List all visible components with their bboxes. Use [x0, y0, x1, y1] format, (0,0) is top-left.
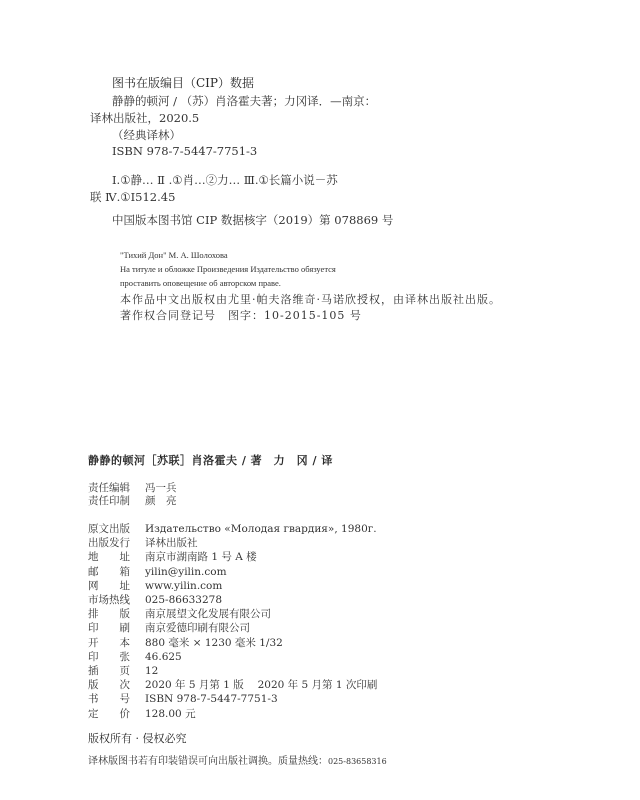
- field-value: 南京爱德印刷有限公司: [145, 620, 250, 635]
- field-value: 128.00 元: [145, 706, 196, 721]
- russian-title-notice: "Тихий Дон" М. А. Шолохова: [120, 250, 228, 260]
- field-value: www.yilin.com: [145, 580, 222, 592]
- colophon-heading: 静静的顿河［苏联］肖洛霍夫 / 著 力 冈 / 译: [88, 452, 333, 468]
- detail-row: 印 刷南京爱德印刷有限公司: [88, 620, 250, 635]
- quality-notice: 译林版图书若有印装错误可向出版社调换。质量热线：025-83658316: [88, 752, 387, 767]
- field-label: 插 页: [88, 663, 145, 678]
- field-label: 版 次: [88, 677, 145, 692]
- detail-row: 地 址南京市湖南路 1 号 A 楼: [88, 549, 257, 564]
- field-value: 南京展望文化发展有限公司: [145, 606, 271, 621]
- detail-row: 出版发行译林出版社: [88, 535, 198, 550]
- cip-classification-line-2: 联 Ⅳ.①I512.45: [90, 189, 175, 205]
- detail-row: 邮 箱yilin@yilin.com: [88, 564, 227, 579]
- field-value: 46.625: [145, 651, 182, 663]
- cip-isbn-line: ISBN 978-7-5447-7751-3: [112, 144, 257, 158]
- field-value: 880 毫米 × 1230 毫米 1/32: [145, 635, 283, 650]
- russian-rights-notice-1: На титуле и обложке Произведения Издател…: [120, 264, 336, 274]
- quality-hotline: 025-83658316: [328, 757, 387, 766]
- field-label: 原文出版: [88, 521, 145, 536]
- field-value: 2020 年 5 月第 1 版 2020 年 5 月第 1 次印刷: [145, 677, 377, 692]
- russian-rights-notice-2: проставить оповещение об авторском праве…: [120, 278, 281, 288]
- detail-row: 书 号ISBN 978-7-5447-7751-3: [88, 691, 278, 706]
- cip-verification-number: 中国版本图书馆 CIP 数据核字（2019）第 078869 号: [112, 212, 393, 228]
- cip-title: 图书在版编目（CIP）数据: [112, 74, 254, 91]
- cip-series-line: （经典译林）: [112, 127, 181, 143]
- field-value: 025-86633278: [145, 594, 222, 606]
- field-value: Издательство «Молодая гвардия», 1980г.: [145, 523, 377, 535]
- detail-row: 排 版南京展望文化发展有限公司: [88, 606, 271, 621]
- field-label: 开 本: [88, 635, 145, 650]
- field-label: 定 价: [88, 706, 145, 721]
- field-value: 颜 亮: [145, 493, 177, 508]
- chinese-rights-notice: 本作品中文出版权由尤里·帕夫洛维奇·马诺欣授权，由译林出版社出版。: [120, 291, 501, 307]
- field-value: ISBN 978-7-5447-7751-3: [145, 693, 278, 705]
- detail-row: 版 次2020 年 5 月第 1 版 2020 年 5 月第 1 次印刷: [88, 677, 377, 692]
- detail-row: 市场热线025-86633278: [88, 592, 222, 607]
- field-label: 网 址: [88, 578, 145, 593]
- field-value: 12: [145, 665, 158, 677]
- print-manager-row: 责任印制颜 亮: [88, 493, 177, 508]
- cip-classification-line: Ⅰ.①静… Ⅱ .①肖…②力… Ⅲ.①长篇小说－苏: [112, 172, 338, 188]
- detail-row: 定 价128.00 元: [88, 706, 196, 721]
- field-value: 译林出版社: [145, 535, 198, 550]
- cip-bibliographic-line: 静静的顿河 / （苏）肖洛霍夫著；力冈译．—南京：: [112, 93, 376, 109]
- copyright-statement: 版权所有 · 侵权必究: [88, 730, 187, 746]
- field-label: 出版发行: [88, 535, 145, 550]
- field-label: 排 版: [88, 606, 145, 621]
- field-label: 印 刷: [88, 620, 145, 635]
- detail-row: 开 本880 毫米 × 1230 毫米 1/32: [88, 635, 283, 650]
- field-label: 市场热线: [88, 592, 145, 607]
- quality-notice-text: 译林版图书若有印装错误可向出版社调换。质量热线：: [88, 756, 328, 767]
- field-label: 地 址: [88, 549, 145, 564]
- detail-row: 网 址www.yilin.com: [88, 578, 222, 593]
- field-label: 邮 箱: [88, 564, 145, 579]
- detail-row: 印 张46.625: [88, 649, 182, 664]
- cip-publisher-line: 译林出版社，2020.5: [90, 110, 199, 126]
- field-value: yilin@yilin.com: [145, 566, 227, 578]
- detail-row: 插 页12: [88, 663, 158, 678]
- field-value: 南京市湖南路 1 号 A 楼: [145, 549, 257, 564]
- field-label: 印 张: [88, 649, 145, 664]
- detail-row: 原文出版Издательство «Молодая гвардия», 1980…: [88, 521, 377, 536]
- field-label: 书 号: [88, 691, 145, 706]
- copyright-contract-number: 著作权合同登记号 图字：10-2015-105 号: [120, 307, 362, 323]
- field-label: 责任印制: [88, 493, 145, 508]
